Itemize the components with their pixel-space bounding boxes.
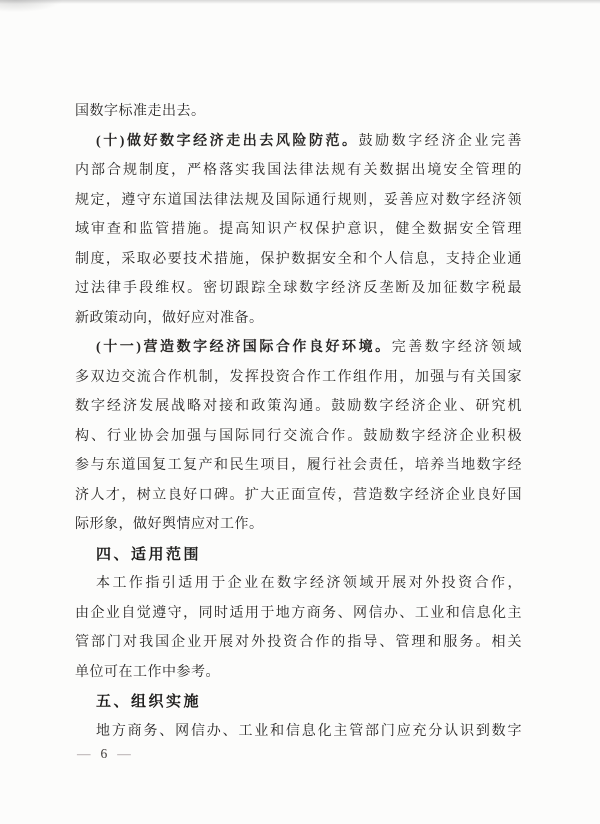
text-line: 济人才，树立良好口碑。扩大正面宣传，营造数字经济企业良好国 bbox=[75, 481, 522, 511]
text-line: 国数字标准走出去。 bbox=[75, 97, 522, 127]
page-number-value: 6 bbox=[101, 746, 108, 761]
text-line: 管部门对我国企业开展对外投资合作的指导、管理和服务。相关 bbox=[75, 628, 522, 658]
text-line: 规定，遵守东道国法律法规及国际通行规则，妥善应对数字经济领 bbox=[75, 186, 522, 216]
text-line: 制度，采取必要技术措施，保护数据安全和个人信息，支持企业通 bbox=[75, 245, 522, 275]
text-line: 单位可在工作中参考。 bbox=[75, 658, 522, 688]
scan-edge-artifact bbox=[0, 0, 600, 4]
page-number-dash-right: — bbox=[117, 746, 131, 761]
text-line: 数字经济发展战略对接和政策沟通。鼓励数字经济企业、研究机 bbox=[75, 392, 522, 422]
document-text: 国数字标准走出去。 (十)做好数字经济走出去风险防范。鼓励数字经济企业完善 内部… bbox=[75, 97, 522, 746]
text-line: 地方商务、网信办、工业和信息化主管部门应充分认识到数字 bbox=[75, 717, 522, 747]
text-line: 域审查和监管措施。提高知识产权保护意识，健全数据安全管理 bbox=[75, 215, 522, 245]
clause-10-title: (十)做好数字经济走出去风险防范。 bbox=[96, 134, 359, 149]
page-number: —6— bbox=[77, 744, 131, 764]
text-line: 参与东道国复工复产和民生项目，履行社会责任，培养当地数字经 bbox=[75, 451, 522, 481]
text-line: 过法律手段维权。密切跟踪全球数字经济反垄断及加征数字税最 bbox=[75, 274, 522, 304]
text-line: 本工作指引适用于企业在数字经济领域开展对外投资合作， bbox=[75, 569, 522, 599]
clause-10-line: (十)做好数字经济走出去风险防范。鼓励数字经济企业完善 bbox=[75, 127, 522, 157]
document-page: 国数字标准走出去。 (十)做好数字经济走出去风险防范。鼓励数字经济企业完善 内部… bbox=[0, 0, 600, 824]
text-line: 由企业自觉遵守，同时适用于地方商务、网信办、工业和信息化主 bbox=[75, 599, 522, 629]
text-line: 多双边交流合作机制，发挥投资合作工作组作用，加强与有关国家 bbox=[75, 363, 522, 393]
section-heading-implementation: 五、组织实施 bbox=[75, 687, 522, 717]
page-number-dash-left: — bbox=[77, 746, 91, 761]
text-run: 完善数字经济领域 bbox=[392, 340, 522, 355]
clause-11-title: (十一)营造数字经济国际合作良好环境。 bbox=[96, 340, 392, 355]
text-line: 际形象，做好舆情应对工作。 bbox=[75, 510, 522, 540]
clause-11-line: (十一)营造数字经济国际合作良好环境。完善数字经济领域 bbox=[75, 333, 522, 363]
scan-corner-artifact bbox=[0, 0, 62, 12]
text-line: 新政策动向，做好应对准备。 bbox=[75, 304, 522, 334]
text-line: 构、行业协会加强与国际同行交流合作。鼓励数字经济企业积极 bbox=[75, 422, 522, 452]
text-run: 鼓励数字经济企业完善 bbox=[359, 134, 522, 149]
text-line: 内部合规制度，严格落实我国法律法规有关数据出境安全管理的 bbox=[75, 156, 522, 186]
section-heading-scope: 四、适用范围 bbox=[75, 540, 522, 570]
